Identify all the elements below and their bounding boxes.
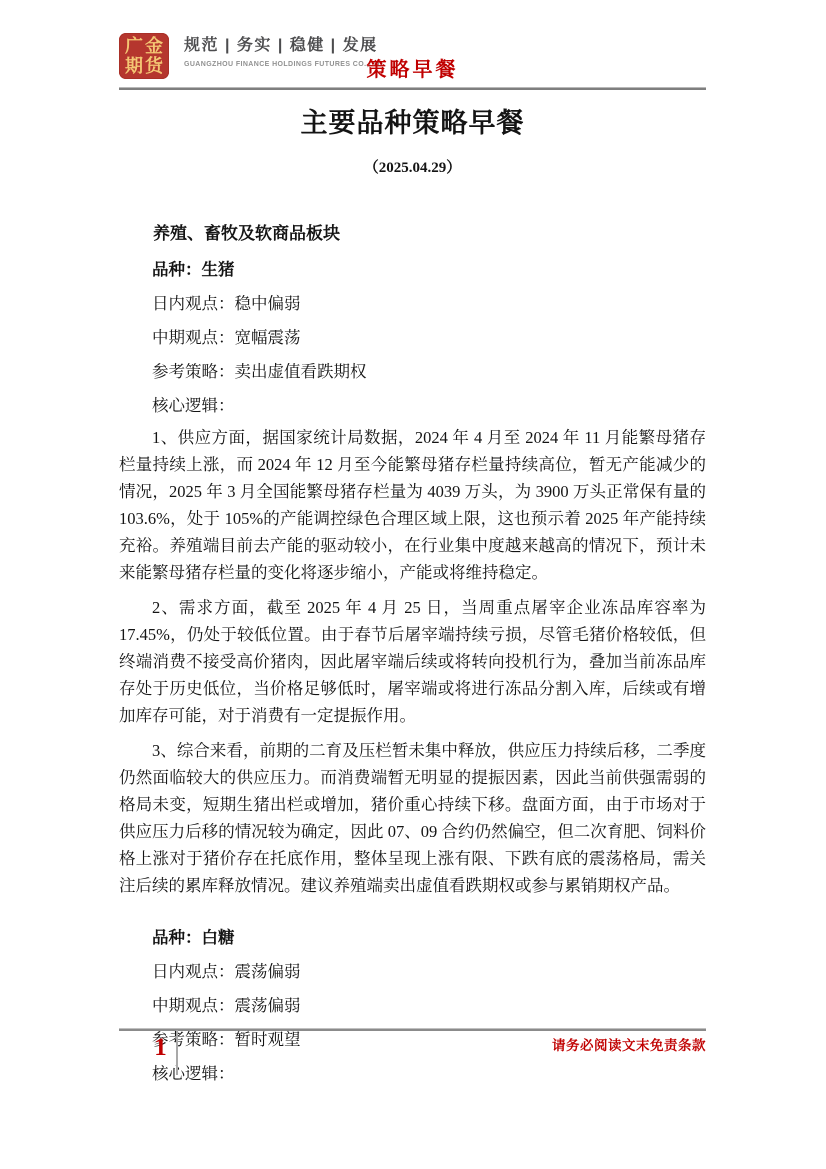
intraday-view-sugar: 日内观点：震荡偏弱: [119, 963, 706, 980]
header-divider: [119, 87, 706, 90]
variety-label-pig: 品种：生猪: [119, 261, 706, 278]
paragraph: 1、供应方面，据国家统计局数据，2024 年 4 月至 2024 年 11 月能…: [119, 424, 706, 586]
section-heading: 养殖、畜牧及软商品板块: [119, 225, 706, 243]
document-page: 广金 期货 规范 | 务实 | 稳健 | 发展 GUANGZHOU FINANC…: [0, 0, 826, 1169]
core-logic-label-sugar: 核心逻辑：: [119, 1065, 706, 1082]
intraday-view-pig: 日内观点：稳中偏弱: [119, 295, 706, 312]
commodity-block-sugar: 品种：白糖 日内观点：震荡偏弱 中期观点：震荡偏弱 参考策略：暂时观望 核心逻辑…: [119, 929, 706, 1082]
report-date: （2025.04.29）: [119, 159, 706, 177]
commodity-block-pig: 品种：生猪 日内观点：稳中偏弱 中期观点：宽幅震荡 参考策略：卖出虚值看跌期权 …: [119, 261, 706, 899]
page-title: 主要品种策略早餐: [119, 103, 706, 143]
paragraph: 2、需求方面，截至 2025 年 4 月 25 日，当周重点屠宰企业冻品库容率为…: [119, 594, 706, 729]
disclaimer-text: 请务必阅读文末免责条款: [119, 1034, 706, 1054]
medium-view-sugar: 中期观点：震荡偏弱: [119, 997, 706, 1014]
report-type-label: 策略早餐: [119, 53, 706, 82]
core-logic-label-pig: 核心逻辑：: [119, 397, 706, 414]
document-body: 主要品种策略早餐 （2025.04.29） 养殖、畜牧及软商品板块 品种：生猪 …: [119, 103, 706, 1082]
variety-label-sugar: 品种：白糖: [119, 929, 706, 946]
medium-view-pig: 中期观点：宽幅震荡: [119, 329, 706, 346]
strategy-pig: 参考策略：卖出虚值看跌期权: [119, 363, 706, 380]
paragraph: 3、综合来看，前期的二育及压栏暂未集中释放，供应压力持续后移，二季度仍然面临较大…: [119, 737, 706, 899]
footer-divider: [119, 1028, 706, 1031]
core-logic-paragraphs-pig: 1、供应方面，据国家统计局数据，2024 年 4 月至 2024 年 11 月能…: [119, 424, 706, 899]
page-header: 广金 期货 规范 | 务实 | 稳健 | 发展 GUANGZHOU FINANC…: [119, 33, 706, 79]
